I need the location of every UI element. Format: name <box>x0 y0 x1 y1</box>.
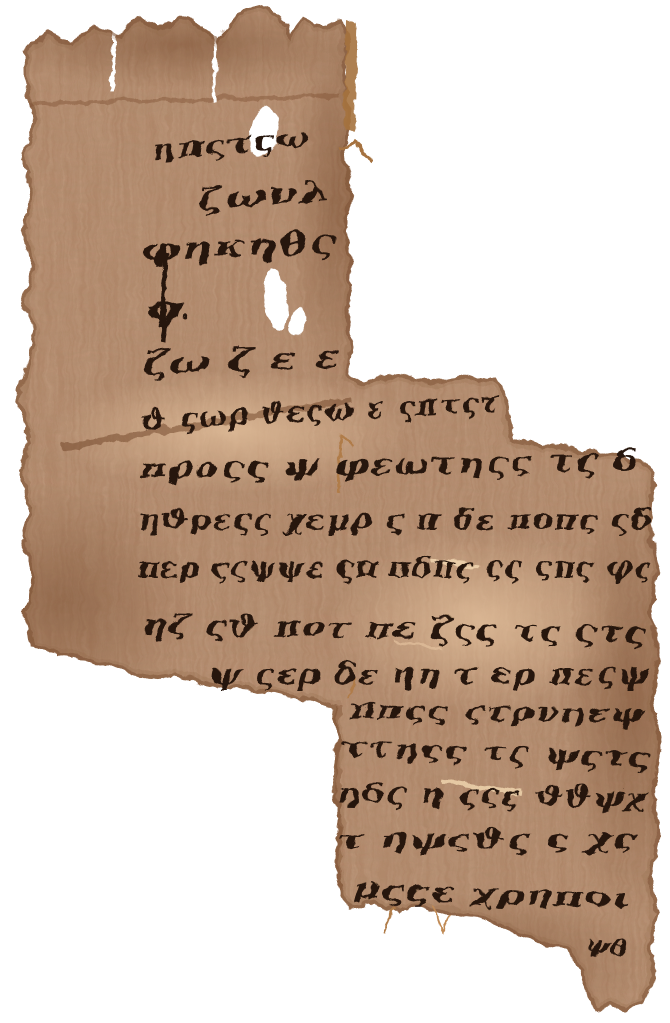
script-line-15: τ ηψςϑς ς χς <box>336 823 636 854</box>
script-line-3: φηκηθς <box>139 223 335 266</box>
script-line-12: ππςς ςτρνηεψ <box>347 693 645 728</box>
script-line-5: ζω ζ ε ε <box>141 337 340 380</box>
script-line-4: φ. <box>146 290 191 326</box>
photo-canvas: ηπςτςω ζωνλ φηκηθς φ. ζω ζ ε ε ϑ ςωρ ϑες… <box>0 0 670 1023</box>
papyrus-photo: ηπςτςω ζωνλ φηκηθς φ. ζω ζ ε ε ϑ ςωρ ϑες… <box>0 0 670 1023</box>
script-line-9: περ ςςψψε ςπ πδπς ςς ςπς φς <box>135 549 651 582</box>
script-line-8: ηϑρεςς χεμρ ς π δε ποπς ςδ <box>136 501 651 534</box>
script-line-14: ηδς η ςςς ϑϑψχ <box>336 776 648 812</box>
script-line-11: ψ ςερ δε ηη τ ερ πεςψ <box>208 655 649 689</box>
